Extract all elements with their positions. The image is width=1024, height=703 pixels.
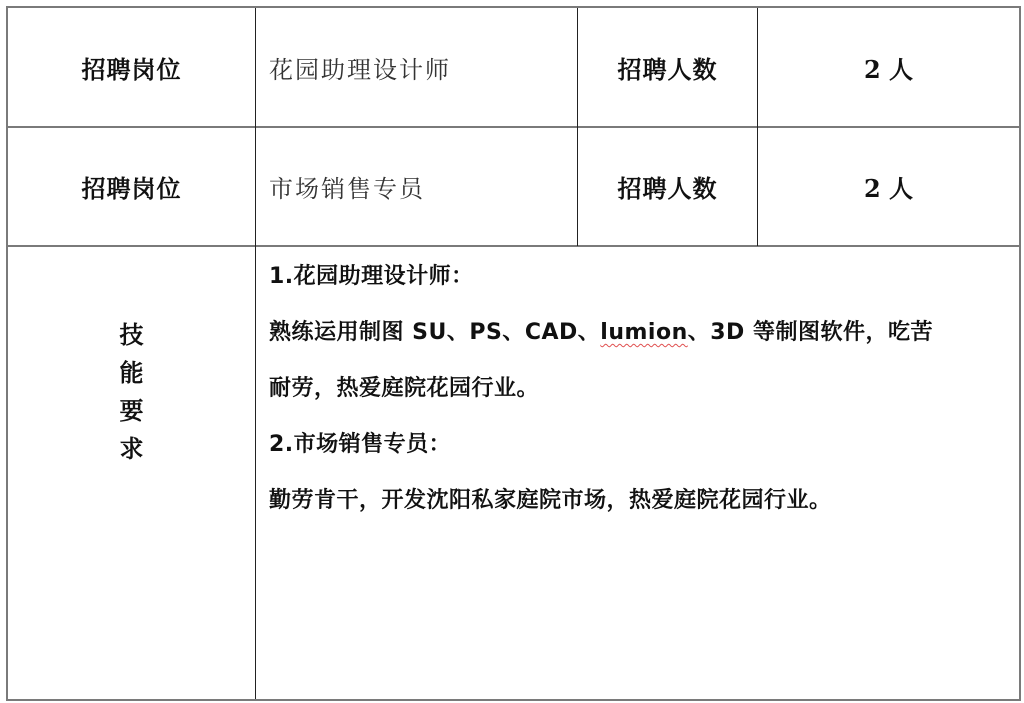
skills-text: 、3D 等制图软件，吃苦 — [688, 320, 933, 345]
count-value-cell: 2 人 — [758, 128, 1019, 245]
skills-text: 熟练运用制图 SU、PS、CAD、 — [269, 320, 600, 345]
count-label: 招聘人数 — [618, 169, 718, 204]
skills-heading-designer: 1.花园助理设计师： — [269, 257, 474, 313]
skills-designer-desc-line2: 耐劳，热爱庭院花园行业。 — [269, 369, 539, 425]
position-label: 招聘岗位 — [82, 50, 182, 85]
position-value: 市场销售专员 — [269, 169, 425, 204]
count-value: 2 人 — [864, 50, 913, 85]
count-label-cell: 招聘人数 — [578, 128, 757, 245]
position-value-cell: 市场销售专员 — [256, 128, 577, 245]
skills-label-cell: 技 能 要 求 — [8, 247, 255, 437]
skills-label-char: 能 — [120, 354, 144, 392]
count-label-cell: 招聘人数 — [578, 8, 757, 126]
skills-content-cell: 1.花园助理设计师： 熟练运用制图 SU、PS、CAD、lumion、3D 等制… — [256, 247, 1019, 699]
skills-label-char: 要 — [120, 392, 144, 430]
skills-label-char: 求 — [120, 430, 144, 468]
skills-label-char: 技 — [120, 316, 144, 354]
spellcheck-word: lumion — [600, 320, 687, 345]
count-value-cell: 2 人 — [758, 8, 1019, 126]
skills-sales-desc: 勤劳肯干，开发沈阳私家庭院市场，热爱庭院花园行业。 — [269, 481, 832, 537]
count-label: 招聘人数 — [618, 50, 718, 85]
position-label-cell: 招聘岗位 — [8, 128, 255, 245]
position-label-cell: 招聘岗位 — [8, 8, 255, 126]
recruitment-table: 招聘岗位 花园助理设计师 招聘人数 2 人 招聘岗位 市场销售专员 招聘人数 2… — [6, 6, 1021, 701]
skills-heading-sales: 2.市场销售专员： — [269, 425, 451, 481]
position-value-cell: 花园助理设计师 — [256, 8, 577, 126]
count-value: 2 人 — [864, 169, 913, 204]
skills-designer-desc-line1: 熟练运用制图 SU、PS、CAD、lumion、3D 等制图软件，吃苦 — [269, 313, 933, 369]
position-value: 花园助理设计师 — [269, 50, 451, 85]
position-label: 招聘岗位 — [82, 169, 182, 204]
